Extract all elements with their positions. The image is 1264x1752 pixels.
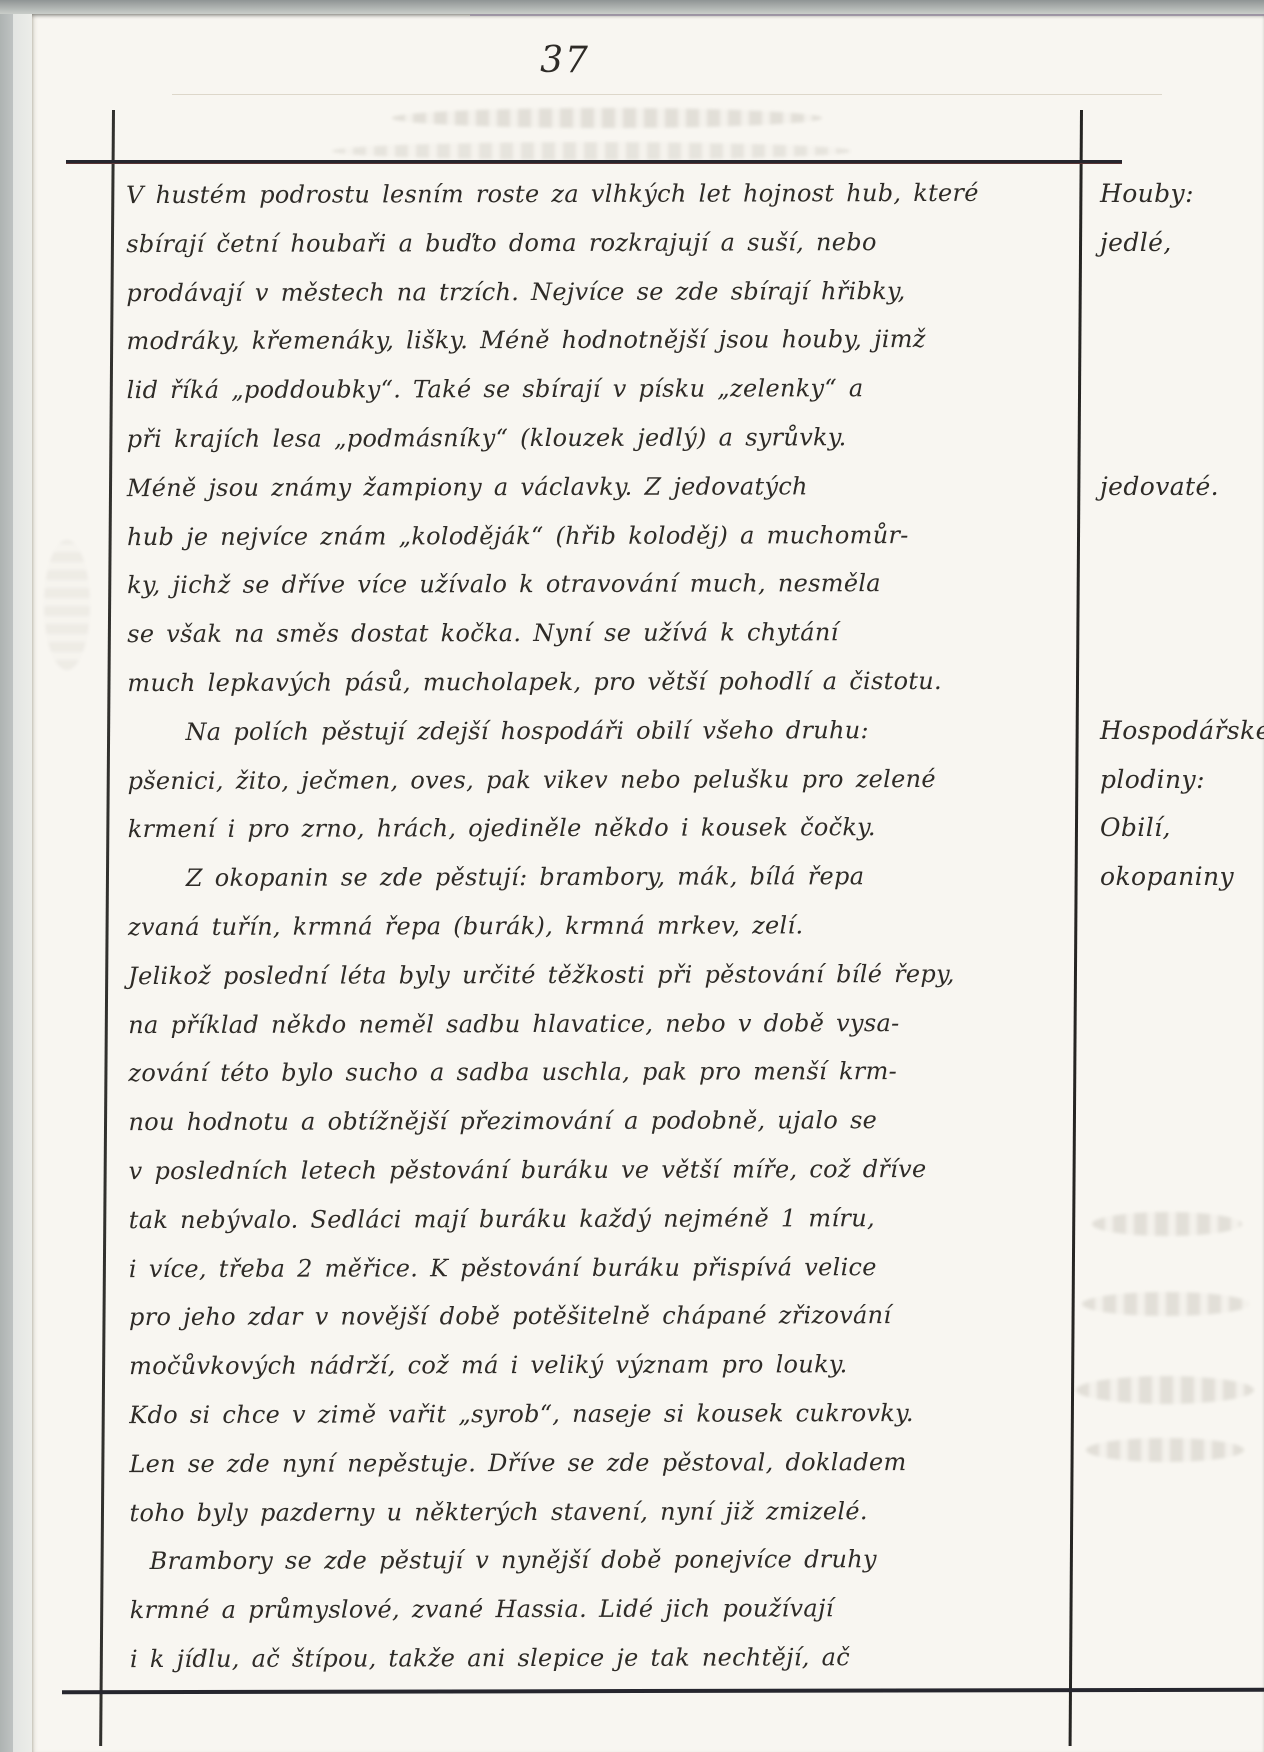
text-line: hub je nejvíce znám „koloděják“ (hřib ko… xyxy=(127,510,963,561)
text-line: lid říká „poddoubky“. Také se sbírají v … xyxy=(127,364,963,415)
bleed-through-mark xyxy=(1086,1438,1244,1462)
bleed-through-mark xyxy=(332,142,852,160)
text-line: pro jeho zdar v novější době potěšitelně… xyxy=(129,1291,965,1342)
text-line: much lepkavých pásů, mucholapek, pro vět… xyxy=(127,657,963,708)
text-line: prodávají v městech na trzích. Nejvíce s… xyxy=(126,267,962,318)
bleed-through-mark xyxy=(1092,1212,1242,1236)
scanner-edge-left xyxy=(0,0,13,1752)
text-line: zování této bylo sucho a sadba uschla, p… xyxy=(128,1047,964,1098)
ruled-line-top xyxy=(66,160,1122,164)
body-text: V hustém podrostu lesním roste za vlhkýc… xyxy=(126,169,966,1684)
text-line: pšenici, žito, ječmen, oves, pak vikev n… xyxy=(128,754,964,805)
text-line: nou hodnotu a obtížnější přezimování a p… xyxy=(128,1096,964,1147)
text-line: i k jídlu, ač štípou, takže ani slepice … xyxy=(130,1633,966,1684)
text-line: zvaná tuřín, krmná řepa (burák), krmná m… xyxy=(128,901,964,952)
margin-note: jedlé, xyxy=(1100,219,1172,268)
margin-note: Obilí, xyxy=(1100,804,1171,853)
text-line: Z okopanin se zde pěstují: brambory, mák… xyxy=(128,852,964,903)
margin-note: Hospodářske xyxy=(1100,707,1264,756)
text-line: V hustém podrostu lesním roste za vlhkýc… xyxy=(126,169,962,220)
text-line: tak nebývalo. Sedláci mají buráku každý … xyxy=(129,1194,965,1245)
bleed-through-mark xyxy=(1082,1292,1250,1316)
text-line: Brambory se zde pěstují v nynější době p… xyxy=(130,1535,966,1586)
text-line: močůvkových nádrží, což má i veliký význ… xyxy=(129,1340,965,1391)
text-line: krmné a průmyslové, zvané Hassia. Lidé j… xyxy=(130,1584,966,1635)
text-line: se však na směs dostat kočka. Nyní se už… xyxy=(127,608,963,659)
bleed-through-mark xyxy=(1076,1376,1254,1404)
text-line: Jelikož poslední léta byly určité těžkos… xyxy=(128,950,964,1001)
margin-note: jedovaté. xyxy=(1100,463,1219,512)
page-top-edge xyxy=(470,14,1264,16)
margin-note: okopaniny xyxy=(1100,853,1234,902)
text-line: při krajích lesa „podmásníky“ (klouzek j… xyxy=(127,413,963,464)
margin-note: Houby: xyxy=(1100,170,1194,219)
bleed-through-mark xyxy=(44,540,90,670)
bleed-through-mark xyxy=(392,108,822,128)
text-line: Na polích pěstují zdejší hospodáři obilí… xyxy=(127,706,963,757)
page-number: 37 xyxy=(0,40,1130,81)
text-line: na příklad někdo neměl sadbu hlavatice, … xyxy=(128,998,964,1049)
text-line: Kdo si chce v zimě vařit „syrob“, naseje… xyxy=(129,1389,965,1440)
text-line: i více, třeba 2 měřice. K pěstování burá… xyxy=(129,1242,965,1293)
text-line: Len se zde nyní nepěstuje. Dříve se zde … xyxy=(129,1438,965,1489)
text-line: toho byly pazderny u některých stavení, … xyxy=(129,1486,965,1537)
margin-note: plodiny: xyxy=(1100,756,1205,805)
scanner-edge-left-inner xyxy=(13,0,32,1752)
text-line: sbírají četní houbaři a buďto doma rozkr… xyxy=(126,218,962,269)
text-line: Méně jsou známy žampiony a václavky. Z j… xyxy=(127,462,963,513)
scanner-edge-top xyxy=(0,0,1264,14)
text-line: v posledních letech pěstování buráku ve … xyxy=(129,1145,965,1196)
text-line: modráky, křemenáky, lišky. Méně hodnotně… xyxy=(126,315,962,366)
faint-guide-line xyxy=(172,94,1162,95)
text-line: krmení i pro zrno, hrách, ojediněle někd… xyxy=(128,803,964,854)
scanned-page: 37 V hustém podrostu lesním roste za vlh… xyxy=(0,0,1264,1752)
text-line: ky, jichž se dříve více užívalo k otravo… xyxy=(127,559,963,610)
